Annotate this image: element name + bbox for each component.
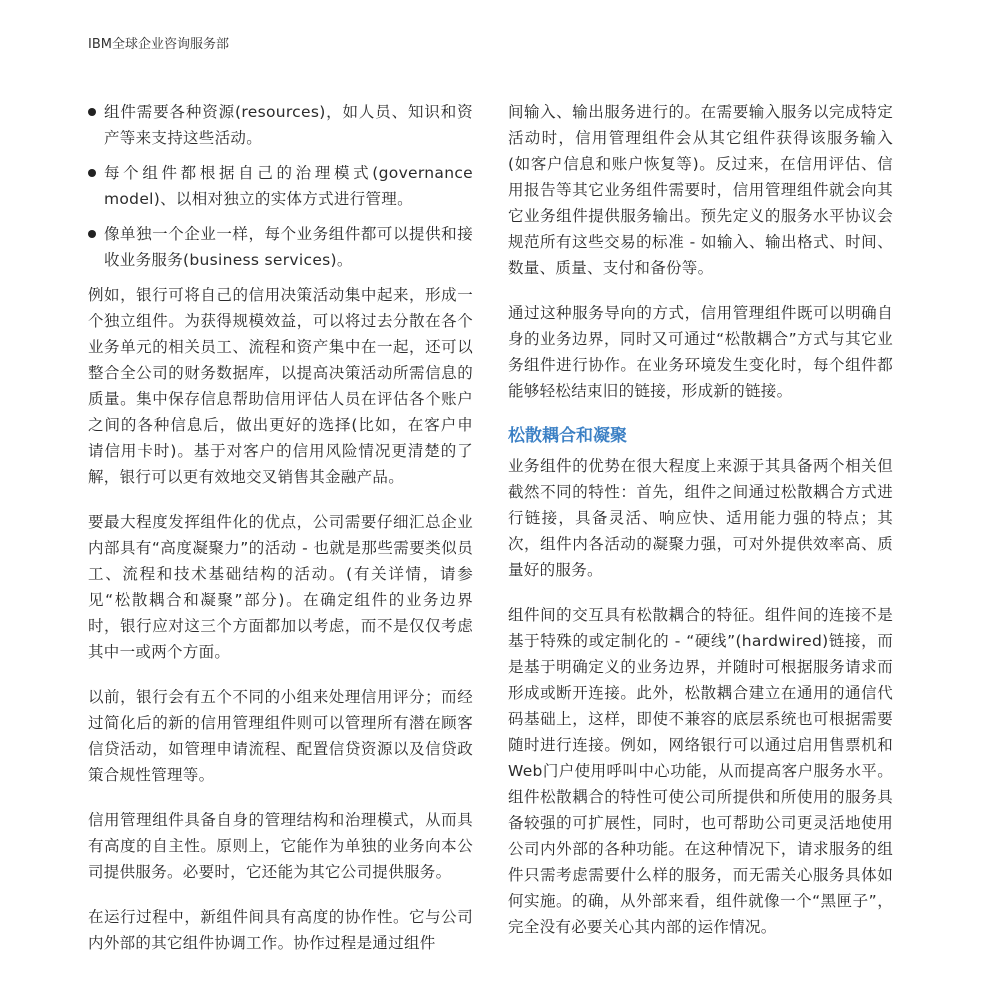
bullet-item: 每个组件都根据自己的治理模式(governance model)、以相对独立的实…: [88, 160, 473, 212]
bullet-text: 组件需要各种资源(resources)，如人员、知识和资产等来支持这些活动。: [104, 103, 473, 147]
bullet-icon: [88, 230, 96, 238]
left-column: 组件需要各种资源(resources)，如人员、知识和资产等来支持这些活动。 每…: [88, 99, 473, 975]
paragraph: 业务组件的优势在很大程度上来源于其具备两个相关但截然不同的特性：首先，组件之间通…: [508, 453, 893, 583]
paragraph: 以前，银行会有五个不同的小组来处理信用评分；而经过简化后的新的信用管理组件则可以…: [88, 684, 473, 788]
paragraph: 在运行过程中，新组件间具有高度的协作性。它与公司内外部的其它组件协调工作。协作过…: [88, 904, 473, 956]
bullet-icon: [88, 108, 96, 116]
bullet-text: 像单独一个企业一样，每个业务组件都可以提供和接收业务服务(business se…: [104, 225, 473, 269]
paragraph: 间输入、输出服务进行的。在需要输入服务以完成特定活动时，信用管理组件会从其它组件…: [508, 99, 893, 281]
paragraph: 通过这种服务导向的方式，信用管理组件既可以明确自身的业务边界，同时又可通过“松散…: [508, 300, 893, 404]
paragraph: 要最大程度发挥组件化的优点，公司需要仔细汇总企业内部具有“高度凝聚力”的活动 -…: [88, 509, 473, 665]
paragraph: 组件间的交互具有松散耦合的特征。组件间的连接不是基于特殊的或定制化的 - “硬线…: [508, 602, 893, 940]
bullet-item: 组件需要各种资源(resources)，如人员、知识和资产等来支持这些活动。: [88, 99, 473, 151]
bullet-text: 每个组件都根据自己的治理模式(governance model)、以相对独立的实…: [104, 164, 473, 208]
paragraph: 例如，银行可将自己的信用决策活动集中起来，形成一个独立组件。为获得规模效益，可以…: [88, 282, 473, 490]
section-heading: 松散耦合和凝聚: [508, 423, 893, 449]
paragraph: 信用管理组件具备自身的管理结构和治理模式，从而具有高度的自主性。原则上，它能作为…: [88, 807, 473, 885]
bullet-icon: [88, 169, 96, 177]
right-column: 间输入、输出服务进行的。在需要输入服务以完成特定活动时，信用管理组件会从其它组件…: [508, 99, 893, 959]
page-header: IBM全球企业咨询服务部: [88, 33, 229, 52]
bullet-list: 组件需要各种资源(resources)，如人员、知识和资产等来支持这些活动。 每…: [88, 99, 473, 273]
bullet-item: 像单独一个企业一样，每个业务组件都可以提供和接收业务服务(business se…: [88, 221, 473, 273]
